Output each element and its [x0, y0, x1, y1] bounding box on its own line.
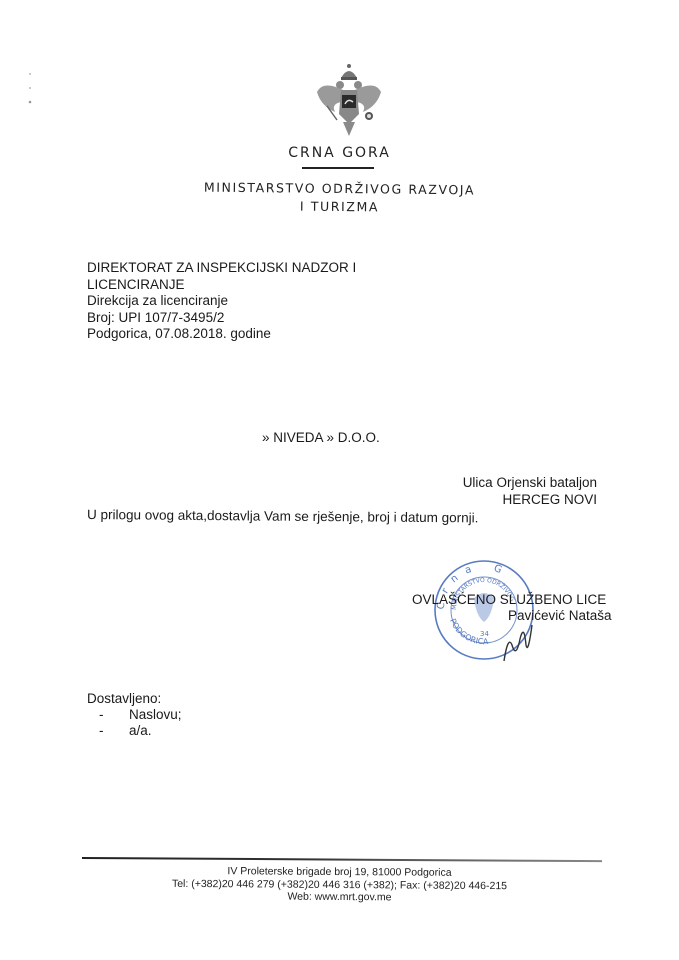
svg-text:34: 34 — [480, 630, 489, 638]
recipient-name: » NIVEDA » D.O.O. — [262, 430, 380, 445]
delivered-item: -a/a. — [87, 723, 182, 739]
country-name: CRNA GORA — [0, 145, 679, 161]
footer-divider — [82, 857, 602, 862]
ministry-name: MINISTARSTVO ODRŽIVOG RAZVOJA I TURIZMA — [0, 178, 679, 218]
recipient-address: Ulica Orjenski bataljon HERCEG NOVI — [463, 474, 597, 508]
place-date: Podgorica, 07.08.2018. godine — [87, 326, 356, 343]
footer: IV Proleterske brigade broj 19, 81000 Po… — [0, 866, 679, 904]
handwritten-signature-icon — [498, 615, 538, 670]
document-number: Broj: UPI 107/7-3495/2 — [87, 310, 356, 327]
letter-body: U prilogu ovog akta,dostavlja Vam se rje… — [87, 507, 479, 525]
coat-of-arms-icon — [313, 62, 385, 142]
recipient-street: Ulica Orjenski bataljon — [463, 474, 597, 491]
header-divider — [302, 167, 374, 169]
directorate-line-2: LICENCIRANJE — [87, 277, 356, 294]
delivered-label: Dostavljeno: — [87, 691, 182, 707]
directorate-line-1: DIREKTORAT ZA INSPEKCIJSKI NADZOR I — [87, 260, 356, 277]
recipient-city: HERCEG NOVI — [463, 491, 597, 508]
delivered-to-list: Dostavljeno: -Naslovu; -a/a. — [87, 691, 182, 739]
division-name: Direkcija za licenciranje — [87, 293, 356, 310]
sender-block: DIREKTORAT ZA INSPEKCIJSKI NADZOR I LICE… — [87, 260, 356, 343]
signatory-title: OVLAŠĆENO SLUŽBENO LICE — [412, 592, 606, 607]
delivered-item: -Naslovu; — [87, 707, 182, 723]
scan-margin-mark — [28, 70, 32, 110]
